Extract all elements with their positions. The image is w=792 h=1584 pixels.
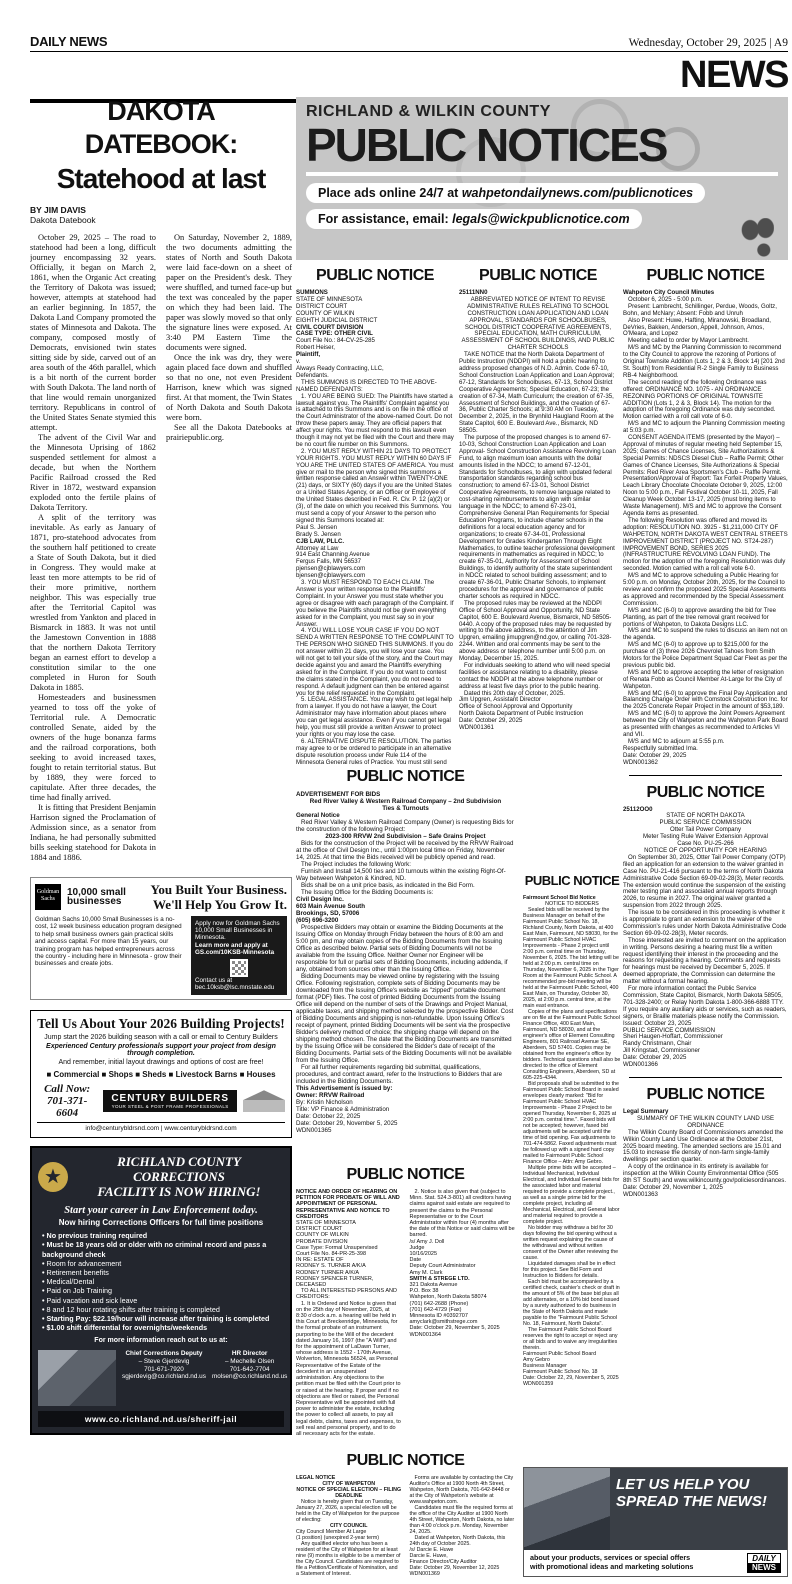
- paragraph: No bidder may withdraw a bid for 30 days…: [523, 1225, 621, 1261]
- article-kicker: DAKOTA DATEBOOK:: [30, 95, 292, 161]
- public-notice-heading: PUBLIC NOTICE: [623, 784, 788, 802]
- paragraph: Brookings, SD, 57006: [296, 910, 515, 917]
- contact-email: molsen@co.richland.nd.us: [212, 1373, 287, 1381]
- paragraph: Furnish and Install 14,500 ties and 10 t…: [296, 868, 515, 882]
- paragraph: On September 30, 2025, Otter Tail Power …: [623, 855, 788, 910]
- public-notice-rrvw-bids: PUBLIC NOTICE ADVERTISEMENT FOR BIDSRed …: [296, 768, 515, 1162]
- paragraph: On Saturday, November 2, 1889, the two d…: [166, 233, 292, 353]
- paragraph: 2. YOU MUST REPLY WITHIN 21 DAYS TO PROT…: [296, 449, 454, 525]
- paragraph: CONSENT AGENDA ITEMS (presented by the M…: [623, 435, 788, 518]
- paragraph: Civil Design Inc.: [296, 896, 515, 903]
- public-notice-nddpi-rules: PUBLIC NOTICE 25111NN0ABBREVIATED NOTICE…: [459, 267, 617, 855]
- public-notice-fairmount-bids: PUBLIC NOTICE Fairmount School Bid Notic…: [523, 872, 621, 1463]
- notice-body: 25111NN0ABBREVIATED NOTICE OF INTENT TO …: [459, 290, 617, 732]
- banner-title: PUBLIC NOTICES: [306, 121, 778, 169]
- paragraph: By: Kristin Nicholson: [296, 1099, 515, 1106]
- paragraph: WDN001366: [623, 1062, 788, 1069]
- contact-title: HR Director: [212, 1350, 287, 1358]
- century-builders-logo: CENTURY BUILDERS YOUR STEEL & POST FRAME…: [103, 1090, 237, 1112]
- gs-body-text: Goldman Sachs 10,000 Small Businesses is…: [35, 916, 185, 995]
- notice-body: Wahpeton City Council MinutesOctober 6, …: [623, 290, 788, 767]
- goldman-sachs-ad: Goldman Sachs 10,000 small businesses Yo…: [30, 877, 292, 1000]
- paragraph: The purpose of the proposed changes is t…: [459, 435, 617, 601]
- century-brand: CENTURY BUILDERS: [111, 1093, 229, 1104]
- corrections-website: www.co.richland.nd.us/sheriff-jail: [38, 1411, 284, 1427]
- divider: [629, 1077, 782, 1078]
- paragraph: For individuals seeking to attend who wi…: [459, 663, 617, 691]
- paragraph: This Advertisement is issued by:: [296, 1085, 515, 1092]
- public-notice-special-election: PUBLIC NOTICE LEGAL NOTICECITY OF WAHPET…: [296, 1452, 515, 1584]
- public-notice-heading: PUBLIC NOTICE: [296, 267, 454, 285]
- paragraph: 2. Notice is also given that (subject to…: [410, 1189, 516, 1239]
- paragraph: WDN001361: [459, 725, 617, 732]
- paragraph: Bids shall be on a unit price basis, as …: [296, 882, 515, 889]
- daily-news-logo: DAILY NEWS: [747, 1553, 781, 1573]
- byline: BY JIM DAVIS Dakota Datebook: [30, 205, 292, 225]
- gs-headline-line2: We'll Help You Grow It.: [137, 897, 287, 912]
- paragraph: The issue to be considered in this proce…: [623, 910, 788, 938]
- corrections-footer-heading: For more information reach out to us at:: [38, 1337, 284, 1344]
- paragraph: See all the Dakota Datebooks at prairiep…: [166, 423, 292, 443]
- paragraph: WDN001362: [623, 760, 788, 767]
- paragraph: A copy of the ordinance in its entirety …: [623, 1164, 788, 1185]
- paragraph: The Project includes the following Work:: [296, 861, 515, 868]
- public-notice-heading: PUBLIC NOTICE: [296, 768, 515, 786]
- spread-ad-body-line2: with promotional ideas and marketing sol…: [530, 1563, 741, 1572]
- banner-assistance-line: For assistance, email: legals@wickpublic…: [306, 209, 642, 229]
- paragraph: For more information contact the Public …: [623, 986, 788, 1021]
- paragraph: The following Resolution was offered and…: [623, 518, 788, 573]
- public-notice-council-minutes: PUBLIC NOTICE Wahpeton City Council Minu…: [623, 267, 788, 767]
- divider: [30, 51, 788, 52]
- paragraph: Must be 18 years old or older with no cr…: [42, 1240, 280, 1258]
- corrections-sublead: Now hiring Corrections Officers for full…: [38, 1218, 284, 1227]
- paragraph: WDN001369: [410, 1571, 516, 1577]
- paragraph: Starting Pay: $22.19/hour will increase …: [42, 1314, 280, 1323]
- public-notice-heading: PUBLIC NOTICE: [296, 1452, 515, 1470]
- gs-learn-more-link: Learn more and apply at GS.com/10KSB-Min…: [195, 942, 283, 956]
- paragraph: Sealed bids will be received by the Busi…: [523, 907, 621, 1009]
- century-categories: ■ Commercial ■ Shops ■ Sheds ■ Livestock…: [37, 1070, 285, 1079]
- paragraph: M/S and MC (6-0) to approve awarding the…: [623, 608, 788, 629]
- corrections-benefits-list: No previous training requiredMust be 18 …: [38, 1231, 284, 1332]
- paragraph: M/S and MC (6-0) to approve the Joint Po…: [623, 711, 788, 739]
- contact-chief-deputy: Chief Corrections Deputy – Steve Gjerdev…: [122, 1350, 206, 1406]
- paragraph: Multiple prime bids will be accepted – I…: [523, 1165, 621, 1225]
- article-title: Statehood at last: [30, 161, 292, 197]
- paragraph: Candidates must file the required forms …: [410, 1505, 516, 1535]
- gs-headline: You Built Your Business. We'll Help You …: [137, 882, 287, 912]
- paragraph: 3. YOU MUST RESPOND TO EACH CLAIM. The A…: [296, 580, 454, 628]
- paragraph: No previous training required: [42, 1231, 280, 1240]
- public-notice-heading: PUBLIC NOTICE: [459, 267, 617, 285]
- corrections-title-line1: RICHLAND COUNTY CORRECTIONS: [74, 1154, 284, 1184]
- paragraph: A split of the territory was inevitable.…: [30, 513, 156, 693]
- contact-phone: 701-642-7704: [212, 1366, 287, 1374]
- banner-assistance-email: legals@wickpublicnotice.com: [452, 212, 630, 226]
- dateline: Wednesday, October 29, 2025 | A9: [629, 37, 788, 49]
- century-builders-ad: Tell Us About Your 2026 Building Project…: [30, 1010, 292, 1138]
- public-notice-wilkin-ordinance: PUBLIC NOTICE Legal SummarySUMMARY OF TH…: [623, 1086, 788, 1199]
- paragraph: WDN001363: [623, 1192, 788, 1199]
- barn-illustration: [243, 1090, 285, 1112]
- paragraph: Owner: RRVW Railroad: [296, 1092, 515, 1099]
- paragraph: Red River Valley & Western Railroad Comp…: [296, 819, 515, 833]
- paragraph: M/S and MC (6-0) to approve the Final Pa…: [623, 691, 788, 712]
- leaf-doodle-icon: [740, 218, 774, 258]
- century-tagline: YOUR STEEL & POST FRAME PROFESSIONALS: [111, 1104, 229, 1109]
- notice-body: SUMMONSSTATE OF MINNESOTADISTRICT COURTC…: [296, 290, 454, 764]
- contact-phone: 701-671-7920: [122, 1366, 206, 1374]
- paragraph: 4. YOU WILL LOSE YOUR CASE IF YOU DO NOT…: [296, 628, 454, 697]
- spread-ad-line1: LET US HELP YOU: [616, 1476, 781, 1493]
- paragraph: Once the ink was dry, they were again pl…: [166, 353, 292, 423]
- notice-body: LEGAL NOTICECITY OF WAHPETONNOTICE OF SP…: [296, 1475, 515, 1579]
- paragraph: M/S and MC to suspend the rules to discu…: [623, 628, 788, 642]
- paragraph: WDN001359: [523, 1381, 621, 1387]
- contact-name: – Steve Gjerdevig: [122, 1358, 206, 1366]
- paragraph: SUMMARY OF THE WILKIN COUNTY LAND USE OR…: [623, 1116, 788, 1130]
- paragraph: Liquidated damages shall be in effect fo…: [523, 1261, 621, 1279]
- contact-email: sgjerdevig@co.richland.nd.us: [122, 1373, 206, 1381]
- paragraph: Title: VP Finance & Administration: [296, 1106, 515, 1113]
- section-title: NEWS: [30, 54, 788, 96]
- public-notice-heading: PUBLIC NOTICE: [296, 1166, 515, 1184]
- paragraph: Date: October 29, November 5, 2025: [410, 1325, 516, 1331]
- paragraph: NOTICE OF SPECIAL ELECTION – FILING DEAD…: [296, 1487, 402, 1499]
- paragraph: $1.00 shift differential for overnights/…: [42, 1323, 280, 1332]
- notice-body: ADVERTISEMENT FOR BIDSRed River Valley &…: [296, 791, 515, 1134]
- paragraph: Each bid must be accompanied by a certif…: [523, 1279, 621, 1327]
- contact-title: Chief Corrections Deputy: [122, 1350, 206, 1358]
- paragraph: Bid proposals shall be submitted to the …: [523, 1081, 621, 1165]
- notice-body: 25112OO0STATE OF NORTH DAKOTAPUBLIC SERV…: [623, 807, 788, 1069]
- paragraph: Bids for the construction of the Project…: [296, 840, 515, 861]
- paragraph: General Notice: [296, 812, 515, 819]
- daily-news-logo-top: DAILY: [748, 1554, 780, 1563]
- public-notice-heading: PUBLIC NOTICE: [623, 1086, 788, 1104]
- paragraph: Dated at Wahpeton, North Dakota, this 24…: [410, 1535, 516, 1547]
- paragraph: The Fairmount Public School Board reserv…: [523, 1327, 621, 1351]
- corrections-title: RICHLAND COUNTY CORRECTIONS FACILITY IS …: [74, 1154, 284, 1199]
- byline-org: Dakota Datebook: [30, 215, 292, 225]
- spread-ad-line2: SPREAD THE NEWS!: [616, 1493, 781, 1510]
- notice-body: NOTICE AND ORDER OF HEARING ON PETITION …: [296, 1189, 515, 1439]
- paragraph: 2023-300 RRVW 2nd Subdivision – Safe Gra…: [296, 833, 515, 840]
- notice-column-right: PUBLIC NOTICE Wahpeton City Council Minu…: [623, 267, 788, 1463]
- paragraph: M/S and MC to approve accepting the lett…: [623, 670, 788, 691]
- paper-name: DAILY NEWS: [30, 34, 107, 49]
- paragraph: M/S and MC (6-0) to approve up to $215,0…: [623, 642, 788, 670]
- paragraph: M/S and MC to adjourn the Planning Commi…: [623, 421, 788, 435]
- century-headline: Tell Us About Your 2026 Building Project…: [37, 1016, 285, 1032]
- paragraph: Copies of the plans and specifications a…: [523, 1009, 621, 1081]
- paragraph: Bidding Documents may be viewed online b…: [296, 973, 515, 1064]
- paragraph: Paid vacation and sick leave: [42, 1296, 280, 1305]
- gs-cta-text: Apply now for Goldman Sachs 10,000 Small…: [195, 920, 283, 942]
- gs-cta-panel: Apply now for Goldman Sachs 10,000 Small…: [191, 916, 287, 995]
- paragraph: 8 and 12 hour rotating shifts after trai…: [42, 1305, 280, 1314]
- paragraph: Paid on Job Training: [42, 1286, 280, 1295]
- gs-badge: 10,000 small businesses: [67, 888, 131, 906]
- byline-author: BY JIM DAVIS: [30, 205, 292, 215]
- corrections-hiring-ad: ★ RICHLAND COUNTY CORRECTIONS FACILITY I…: [30, 1146, 292, 1435]
- paragraph: M/S and MC by the Planning Commission to…: [623, 345, 788, 380]
- paragraph: Date: October 29, November 5, 2025: [296, 1120, 515, 1127]
- paragraph: NOTICE AND ORDER OF HEARING ON PETITION …: [296, 1189, 402, 1220]
- masthead: DAILY NEWS Wednesday, October 29, 2025 |…: [30, 34, 788, 103]
- bookstore-photo: [524, 1468, 610, 1550]
- paragraph: Retirement benefits: [42, 1268, 280, 1277]
- paragraph: Ties & Turnouts: [296, 805, 515, 812]
- gs-contact-email: Contact us at bec.10ksb@lsc.mnstate.edu: [195, 977, 283, 991]
- gs-headline-line1: You Built Your Business.: [137, 882, 287, 897]
- public-notice-heading: PUBLIC NOTICE: [623, 267, 788, 285]
- century-subtext3: And remember, initial layout drawings an…: [37, 1059, 285, 1067]
- paragraph: The Wilkin County Board of Commissioners…: [623, 1130, 788, 1165]
- article-body: October 29, 2025 – The road to statehood…: [30, 233, 292, 869]
- paragraph: 1. YOU ARE BEING SUED: The Plaintiffs ha…: [296, 394, 454, 449]
- paragraph: The Issuing Office for the Bidding Docum…: [296, 889, 515, 896]
- public-notice-probate: PUBLIC NOTICE NOTICE AND ORDER OF HEARIN…: [296, 1166, 515, 1448]
- paragraph: Room for advancement: [42, 1259, 280, 1268]
- corrections-lead: Start your career in Law Enforcement tod…: [38, 1205, 284, 1216]
- paragraph: Notice is hereby given that on Tuesday, …: [296, 1499, 402, 1523]
- banner-assistance-text: For assistance, email:: [318, 212, 452, 226]
- paragraph: October 29, 2025 – The road to statehood…: [30, 233, 156, 433]
- paragraph: Any qualified elector who has been a res…: [296, 1541, 402, 1577]
- contact-name: – Mechelle Olsen: [212, 1358, 287, 1366]
- paragraph: ADVERTISEMENT FOR BIDS: [296, 791, 515, 798]
- banner-place-ads-url: wahpetondailynews.com/publicnotices: [462, 186, 693, 200]
- paragraph: 6. ALTERNATIVE DISPUTE RESOLUTION. The p…: [296, 739, 454, 764]
- corrections-title-line2: FACILITY IS NOW HIRING!: [74, 1184, 284, 1199]
- century-contact-line: info@centurybldrsnd.com | www.centurybld…: [37, 1122, 285, 1132]
- paragraph: ABBREVIATED NOTICE OF INTENT TO REVISE A…: [459, 297, 617, 352]
- paragraph: M/S and MC to approve scheduling a Publi…: [623, 573, 788, 608]
- contact-hr-director: HR Director – Mechelle Olsen 701-642-770…: [212, 1350, 287, 1406]
- paragraph: It is fitting that President Benjamin Ha…: [30, 803, 156, 863]
- paragraph: 603 Main Avenue South: [296, 903, 515, 910]
- paragraph: Present: Lambrecht, Schillinger, Perdue,…: [623, 304, 788, 318]
- paragraph: WDN001365: [296, 1127, 515, 1134]
- century-phone: Call Now: 701-371-6604: [37, 1083, 97, 1119]
- paragraph: For all further requirements regarding b…: [296, 1064, 515, 1085]
- banner-place-ads-line: Place ads online 24/7 at wahpetondailyne…: [306, 183, 705, 203]
- century-subtext2: Experienced Century professionals suppor…: [37, 1043, 285, 1057]
- paragraph: Prospective Bidders may obtain or examin…: [296, 924, 515, 973]
- paragraph: The proposed rules may be reviewed at th…: [459, 601, 617, 663]
- paragraph: Forms are available by contacting the Ci…: [410, 1475, 516, 1505]
- divider: [306, 172, 778, 176]
- goldman-sachs-logo: Goldman Sachs: [35, 884, 61, 910]
- public-notice-heading: PUBLIC NOTICE: [523, 872, 621, 890]
- paragraph: Also Present: Huwe, Hafting, Miranowski,…: [623, 318, 788, 339]
- notice-body: Fairmount School Bid NoticeNOTICE TO BID…: [523, 895, 621, 1387]
- spread-ad-body: about your products, services or special…: [530, 1554, 741, 1571]
- paragraph: 5. LEGAL ASSISTANCE. You may wish to get…: [296, 697, 454, 738]
- paragraph: Red River Valley & Western Railroad Comp…: [296, 798, 515, 805]
- notice-body: Legal SummarySUMMARY OF THE WILKIN COUNT…: [623, 1109, 788, 1199]
- public-notice-psc-hearing: PUBLIC NOTICE 25112OO0STATE OF NORTH DAK…: [623, 784, 788, 1069]
- paragraph: Homesteaders and businessmen yearned to …: [30, 693, 156, 803]
- paragraph: Those interested are invited to comment …: [623, 938, 788, 986]
- paragraph: TO ALL INTERESTED PERSONS AND CREDITORS:: [296, 1288, 402, 1300]
- paragraph: TAKE NOTICE that the North Dakota Depart…: [459, 352, 617, 435]
- divider: [629, 775, 782, 776]
- left-column: DAKOTA DATEBOOK: Statehood at last BY JI…: [30, 95, 292, 1435]
- paragraph: WDN001364: [410, 1332, 516, 1338]
- paragraph: THIS SUMMONS IS DIRECTED TO THE ABOVE-NA…: [296, 380, 454, 394]
- jail-building-photo: [38, 1350, 116, 1406]
- paragraph: The advent of the Civil War and the Minn…: [30, 433, 156, 513]
- paragraph: Medical/Dental: [42, 1277, 280, 1286]
- sheriff-star-icon: ★: [38, 1162, 68, 1192]
- paragraph: Plaintiff,: [296, 352, 454, 359]
- paragraph: The second reading of the following Ordi…: [623, 380, 788, 421]
- qr-code-icon: [230, 959, 248, 977]
- banner-place-ads-text: Place ads online 24/7 at: [318, 186, 462, 200]
- paragraph: (605) 696-3200: [296, 917, 515, 924]
- public-notice-summons: PUBLIC NOTICE SUMMONSSTATE OF MINNESOTAD…: [296, 267, 454, 764]
- spread-the-news-ad: LET US HELP YOU SPREAD THE NEWS! about y…: [523, 1467, 788, 1577]
- daily-news-logo-bottom: NEWS: [748, 1563, 780, 1572]
- paragraph: 1. It is Ordered and Notice is given tha…: [296, 1301, 402, 1437]
- paragraph: Date: October 22, 2025: [296, 1113, 515, 1120]
- public-notices-banner: RICHLAND & WILKIN COUNTY PUBLIC NOTICES …: [296, 97, 788, 260]
- century-subtext: Jump start the 2026 building season with…: [37, 1034, 285, 1042]
